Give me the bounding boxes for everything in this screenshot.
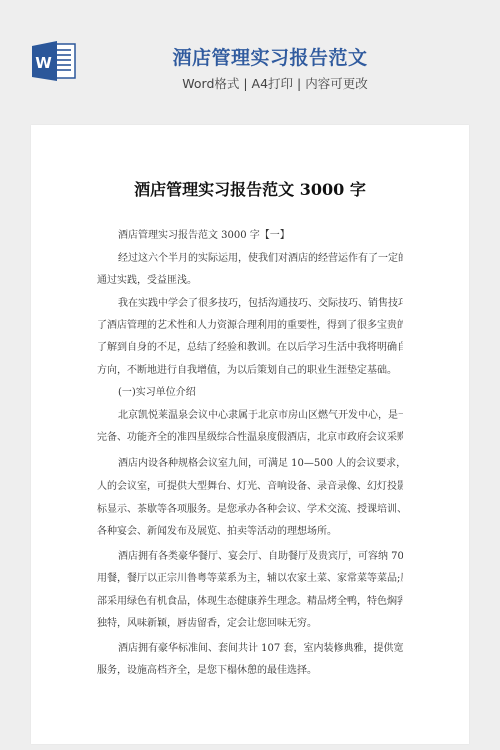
paragraph-line: 酒店内设各种规格会议室九间，可满足 10—500 人的会议要求，容纳 500 — [118, 457, 403, 471]
paragraph-line: 了解到自身的不足，总结了经验和教训。在以后学习生活中我将明确自己努力的 — [97, 341, 403, 355]
paragraph-line: 服务，设施高档齐全，是您下榻休憩的最佳选择。 — [97, 664, 403, 678]
svg-text:W: W — [35, 54, 52, 72]
subsection-heading: (一)实习单位介绍 — [118, 386, 403, 400]
section-heading: 酒店管理实习报告范文 3000 字【一】 — [118, 229, 403, 243]
paragraph-line: 酒店拥有各类豪华餐厅、宴会厅、自助餐厅及贵宾厅，可容纳 700 人同时 — [118, 550, 403, 564]
paragraph-line: 酒店拥有豪华标准间、套间共计 107 套，室内装修典雅，提供宽带接入等 — [118, 642, 403, 656]
paragraph-line: 用餐，餐厅以正宗川鲁粤等菜系为主，辅以农家土菜、家常菜等菜品;原材料全 — [97, 572, 403, 586]
word-icon: W — [31, 40, 77, 82]
paragraph-line: 完备、功能齐全的准四星级综合性温泉度假酒店，北京市政府会议采购定点单位。 — [97, 431, 403, 445]
paragraph-line: 部采用绿色有机食品，体现生态健康养生理念。精品烤全鸭，特色焖乳鸽，制作 — [97, 595, 403, 609]
paragraph-line: 我在实践中学会了很多技巧，包括沟通技巧、交际技巧、销售技巧;体验到 — [118, 297, 403, 311]
header-title: 酒店管理实习报告范文 — [170, 43, 370, 70]
paragraph-line: 经过这六个半月的实际运用，使我们对酒店的经营运作有了一定的了解， — [118, 252, 403, 266]
paragraph-line: 方向，不断地进行自我增值，为以后策划自己的职业生涯垫定基础。 — [97, 364, 403, 378]
paragraph-line: 人的会议室，可提供大型舞台、灯光、音响设备、录音录像、幻灯投影、LED 会 — [97, 480, 403, 494]
header: W 酒店管理实习报告范文 Word格式 | A4打印 | 内容可更改 — [0, 0, 500, 125]
paragraph-line: 北京凯悦莱温泉会议中心隶属于北京市房山区燃气开发中心，是一家设施 — [118, 409, 403, 423]
header-subtitle: Word格式 | A4打印 | 内容可更改 — [180, 74, 370, 92]
paragraph-line: 独特，风味新颖，唇齿留香，定会让您回味无穷。 — [97, 617, 403, 631]
paragraph-line: 各种宴会、新闻发布及展览、拍卖等活动的理想场所。 — [97, 525, 403, 539]
paragraph-line: 通过实践，受益匪浅。 — [97, 274, 403, 288]
paragraph-line: 了酒店管理的艺术性和人力资源合理利用的重要性，得到了很多宝贵的经验财富; — [97, 319, 403, 333]
document-title: 酒店管理实习报告范文 3000 字 — [31, 177, 469, 200]
document-page: 酒店管理实习报告范文 3000 字 酒店管理实习报告范文 3000 字【一】 经… — [31, 125, 469, 744]
paragraph-line: 标显示、茶歇等各项服务。是您承办各种会议、学术交流、授课培训、大型表演、 — [97, 503, 403, 517]
